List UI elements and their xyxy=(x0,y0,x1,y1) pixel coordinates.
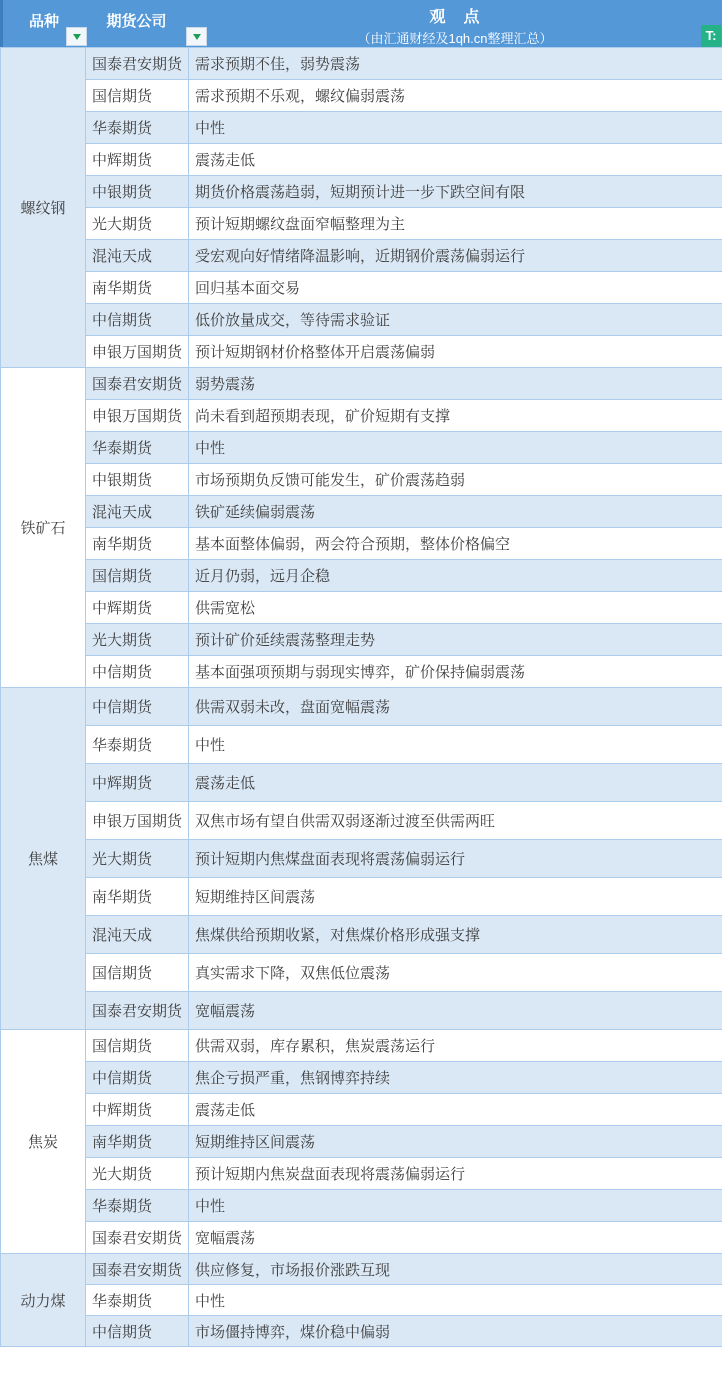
company-cell[interactable]: 国泰君安期货 xyxy=(86,48,189,80)
table-row: 国信期货近月仍弱，远月企稳 xyxy=(1,560,722,592)
table-row: 华泰期货中性 xyxy=(1,432,722,464)
view-cell[interactable]: 中性 xyxy=(189,1285,722,1316)
futures-opinion-spreadsheet: 品种 期货公司 观 点 （由汇通财经及1qh.cn整理汇总） T: 螺纹钢国泰君… xyxy=(0,0,722,1389)
view-cell[interactable]: 预计短期内焦煤盘面表现将震荡偏弱运行 xyxy=(189,840,722,878)
company-cell[interactable]: 申银万国期货 xyxy=(86,400,189,432)
company-cell[interactable]: 中银期货 xyxy=(86,176,189,208)
company-cell[interactable]: 国泰君安期货 xyxy=(86,992,189,1030)
view-cell[interactable]: 焦煤供给预期收紧，对焦煤价格形成强支撑 xyxy=(189,916,722,954)
view-cell[interactable]: 真实需求下降，双焦低位震荡 xyxy=(189,954,722,992)
view-cell[interactable]: 弱势震荡 xyxy=(189,368,722,400)
company-cell[interactable]: 中银期货 xyxy=(86,464,189,496)
table-row: 国泰君安期货宽幅震荡 xyxy=(1,992,722,1030)
company-cell[interactable]: 国泰君安期货 xyxy=(86,1222,189,1254)
view-cell[interactable]: 中性 xyxy=(189,726,722,764)
company-cell[interactable]: 光大期货 xyxy=(86,624,189,656)
table-row: 中信期货低价放量成交，等待需求验证 xyxy=(1,304,722,336)
view-cell[interactable]: 市场僵持博弈，煤价稳中偏弱 xyxy=(189,1316,722,1347)
table-row: 中信期货焦企亏损严重，焦钢博弈持续 xyxy=(1,1062,722,1094)
company-cell[interactable]: 国信期货 xyxy=(86,1030,189,1062)
table-row: 中银期货期货价格震荡趋弱，短期预计进一步下跌空间有限 xyxy=(1,176,722,208)
view-cell[interactable]: 供需双弱未改，盘面宽幅震荡 xyxy=(189,688,722,726)
table-row: 南华期货基本面整体偏弱，两会符合预期，整体价格偏空 xyxy=(1,528,722,560)
company-cell[interactable]: 华泰期货 xyxy=(86,726,189,764)
table-row: 混沌天成受宏观向好情绪降温影响，近期钢价震荡偏弱运行 xyxy=(1,240,722,272)
table-row: 华泰期货中性 xyxy=(1,726,722,764)
company-cell[interactable]: 中信期货 xyxy=(86,688,189,726)
table-row: 申银万国期货双焦市场有望自供需双弱逐渐过渡至供需两旺 xyxy=(1,802,722,840)
company-cell[interactable]: 华泰期货 xyxy=(86,1285,189,1316)
opinion-table: 螺纹钢国泰君安期货需求预期不佳，弱势震荡国信期货需求预期不乐观，螺纹偏弱震荡华泰… xyxy=(0,47,722,1347)
table-row: 中信期货市场僵持博弈，煤价稳中偏弱 xyxy=(1,1316,722,1347)
view-cell[interactable]: 受宏观向好情绪降温影响，近期钢价震荡偏弱运行 xyxy=(189,240,722,272)
table-row: 中辉期货供需宽松 xyxy=(1,592,722,624)
company-cell[interactable]: 混沌天成 xyxy=(86,496,189,528)
header-view-subtitle: （由汇通财经及1qh.cn整理汇总） xyxy=(188,28,722,47)
table-row: 光大期货预计矿价延续震荡整理走势 xyxy=(1,624,722,656)
view-cell[interactable]: 铁矿延续偏弱震荡 xyxy=(189,496,722,528)
company-cell[interactable]: 光大期货 xyxy=(86,840,189,878)
table-row: 中信期货基本面强项预期与弱现实博弈，矿价保持偏弱震荡 xyxy=(1,656,722,688)
company-cell[interactable]: 国信期货 xyxy=(86,954,189,992)
view-cell[interactable]: 回归基本面交易 xyxy=(189,272,722,304)
table-row: 申银万国期货预计短期钢材价格整体开启震荡偏弱 xyxy=(1,336,722,368)
company-cell[interactable]: 南华期货 xyxy=(86,272,189,304)
table-row: 南华期货短期维持区间震荡 xyxy=(1,1126,722,1158)
company-cell[interactable]: 混沌天成 xyxy=(86,916,189,954)
view-cell[interactable]: 尚未看到超预期表现，矿价短期有支撑 xyxy=(189,400,722,432)
view-cell[interactable]: 震荡走低 xyxy=(189,764,722,802)
variety-cell[interactable]: 铁矿石 xyxy=(1,368,86,688)
table-row: 动力煤国泰君安期货供应修复，市场报价涨跌互现 xyxy=(1,1254,722,1285)
view-cell[interactable]: 宽幅震荡 xyxy=(189,1222,722,1254)
view-cell[interactable]: 期货价格震荡趋弱，短期预计进一步下跌空间有限 xyxy=(189,176,722,208)
header-view-title: 观 点 xyxy=(188,4,722,27)
company-cell[interactable]: 光大期货 xyxy=(86,208,189,240)
view-cell[interactable]: 预计短期螺纹盘面窄幅整理为主 xyxy=(189,208,722,240)
filter-funnel-icon[interactable]: T: xyxy=(701,25,721,47)
view-cell[interactable]: 中性 xyxy=(189,112,722,144)
view-cell[interactable]: 供应修复，市场报价涨跌互现 xyxy=(189,1254,722,1285)
table-row: 华泰期货中性 xyxy=(1,112,722,144)
view-cell[interactable]: 预计短期内焦炭盘面表现将震荡偏弱运行 xyxy=(189,1158,722,1190)
view-cell[interactable]: 宽幅震荡 xyxy=(189,992,722,1030)
company-cell[interactable]: 国信期货 xyxy=(86,80,189,112)
variety-cell[interactable]: 动力煤 xyxy=(1,1254,86,1347)
table-row: 光大期货预计短期内焦煤盘面表现将震荡偏弱运行 xyxy=(1,840,722,878)
table-row: 光大期货预计短期内焦炭盘面表现将震荡偏弱运行 xyxy=(1,1158,722,1190)
table-row: 中辉期货震荡走低 xyxy=(1,1094,722,1126)
company-cell[interactable]: 国泰君安期货 xyxy=(86,1254,189,1285)
table-row: 国泰君安期货宽幅震荡 xyxy=(1,1222,722,1254)
table-body: 螺纹钢国泰君安期货需求预期不佳，弱势震荡国信期货需求预期不乐观，螺纹偏弱震荡华泰… xyxy=(1,48,722,1347)
company-cell[interactable]: 申银万国期货 xyxy=(86,802,189,840)
company-cell[interactable]: 国泰君安期货 xyxy=(86,368,189,400)
header-view-cell: 观 点 （由汇通财经及1qh.cn整理汇总） xyxy=(188,0,722,47)
company-cell[interactable]: 华泰期货 xyxy=(86,1190,189,1222)
table-row: 华泰期货中性 xyxy=(1,1190,722,1222)
view-cell[interactable]: 需求预期不乐观，螺纹偏弱震荡 xyxy=(189,80,722,112)
table-row: 南华期货短期维持区间震荡 xyxy=(1,878,722,916)
table-row: 混沌天成铁矿延续偏弱震荡 xyxy=(1,496,722,528)
variety-cell[interactable]: 焦煤 xyxy=(1,688,86,1030)
view-cell[interactable]: 中性 xyxy=(189,1190,722,1222)
company-cell[interactable]: 中辉期货 xyxy=(86,764,189,802)
table-row: 螺纹钢国泰君安期货需求预期不佳，弱势震荡 xyxy=(1,48,722,80)
table-row: 中辉期货震荡走低 xyxy=(1,144,722,176)
company-cell[interactable]: 中信期货 xyxy=(86,1316,189,1347)
company-cell[interactable]: 南华期货 xyxy=(86,878,189,916)
table-header: 品种 期货公司 观 点 （由汇通财经及1qh.cn整理汇总） T: xyxy=(0,0,722,47)
view-cell[interactable]: 需求预期不佳，弱势震荡 xyxy=(189,48,722,80)
chevron-down-icon xyxy=(193,34,201,40)
view-cell[interactable]: 短期维持区间震荡 xyxy=(189,878,722,916)
view-cell[interactable]: 市场预期负反馈可能发生，矿价震荡趋弱 xyxy=(189,464,722,496)
table-row: 中银期货市场预期负反馈可能发生，矿价震荡趋弱 xyxy=(1,464,722,496)
company-cell[interactable]: 中辉期货 xyxy=(86,144,189,176)
company-cell[interactable]: 中信期货 xyxy=(86,1062,189,1094)
table-row: 焦炭国信期货供需双弱，库存累积，焦炭震荡运行 xyxy=(1,1030,722,1062)
table-row: 中辉期货震荡走低 xyxy=(1,764,722,802)
view-cell[interactable]: 预计矿价延续震荡整理走势 xyxy=(189,624,722,656)
view-cell[interactable]: 焦企亏损严重，焦钢博弈持续 xyxy=(189,1062,722,1094)
view-cell[interactable]: 短期维持区间震荡 xyxy=(189,1126,722,1158)
table-row: 光大期货预计短期螺纹盘面窄幅整理为主 xyxy=(1,208,722,240)
variety-cell[interactable]: 焦炭 xyxy=(1,1030,86,1254)
view-cell[interactable]: 基本面整体偏弱，两会符合预期，整体价格偏空 xyxy=(189,528,722,560)
view-cell[interactable]: 中性 xyxy=(189,432,722,464)
view-cell[interactable]: 供需宽松 xyxy=(189,592,722,624)
table-row: 国信期货真实需求下降，双焦低位震荡 xyxy=(1,954,722,992)
header-variety-cell[interactable]: 品种 xyxy=(3,0,85,47)
table-row: 南华期货回归基本面交易 xyxy=(1,272,722,304)
chevron-down-icon xyxy=(73,34,81,40)
company-filter-button[interactable] xyxy=(186,27,207,46)
table-row: 铁矿石国泰君安期货弱势震荡 xyxy=(1,368,722,400)
company-cell[interactable]: 南华期货 xyxy=(86,1126,189,1158)
company-cell[interactable]: 中信期货 xyxy=(86,656,189,688)
header-company-label: 期货公司 xyxy=(85,0,188,44)
view-cell[interactable]: 低价放量成交，等待需求验证 xyxy=(189,304,722,336)
company-cell[interactable]: 申银万国期货 xyxy=(86,336,189,368)
table-row: 焦煤中信期货供需双弱未改，盘面宽幅震荡 xyxy=(1,688,722,726)
header-company-cell[interactable]: 期货公司 xyxy=(85,0,188,47)
view-cell[interactable]: 预计短期钢材价格整体开启震荡偏弱 xyxy=(189,336,722,368)
view-cell[interactable]: 供需双弱，库存累积，焦炭震荡运行 xyxy=(189,1030,722,1062)
view-cell[interactable]: 震荡走低 xyxy=(189,144,722,176)
table-row: 国信期货需求预期不乐观，螺纹偏弱震荡 xyxy=(1,80,722,112)
company-cell[interactable]: 华泰期货 xyxy=(86,432,189,464)
table-row: 华泰期货中性 xyxy=(1,1285,722,1316)
company-cell[interactable]: 南华期货 xyxy=(86,528,189,560)
company-cell[interactable]: 中辉期货 xyxy=(86,592,189,624)
view-cell[interactable]: 双焦市场有望自供需双弱逐渐过渡至供需两旺 xyxy=(189,802,722,840)
view-cell[interactable]: 震荡走低 xyxy=(189,1094,722,1126)
company-cell[interactable]: 中辉期货 xyxy=(86,1094,189,1126)
view-cell[interactable]: 基本面强项预期与弱现实博弈，矿价保持偏弱震荡 xyxy=(189,656,722,688)
variety-filter-button[interactable] xyxy=(66,27,87,46)
variety-cell[interactable]: 螺纹钢 xyxy=(1,48,86,368)
table-row: 申银万国期货尚未看到超预期表现，矿价短期有支撑 xyxy=(1,400,722,432)
company-cell[interactable]: 光大期货 xyxy=(86,1158,189,1190)
company-cell[interactable]: 中信期货 xyxy=(86,304,189,336)
table-row: 混沌天成焦煤供给预期收紧，对焦煤价格形成强支撑 xyxy=(1,916,722,954)
company-cell[interactable]: 华泰期货 xyxy=(86,112,189,144)
company-cell[interactable]: 混沌天成 xyxy=(86,240,189,272)
view-cell[interactable]: 近月仍弱，远月企稳 xyxy=(189,560,722,592)
company-cell[interactable]: 国信期货 xyxy=(86,560,189,592)
